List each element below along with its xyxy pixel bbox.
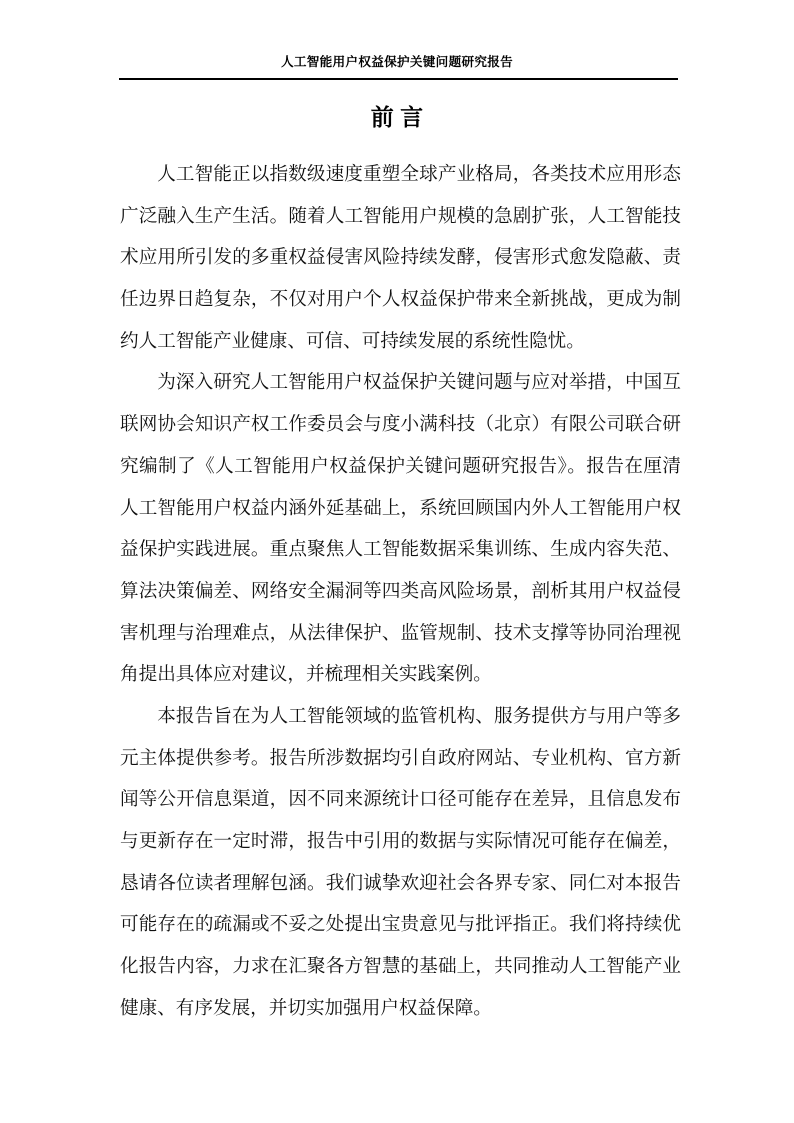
text-line: 究编制了《人工智能用户权益保护关键问题研究报告》。报告在厘清 [120, 446, 681, 488]
text-line: 算法决策偏差、网络安全漏洞等四类高风险场景，剖析其用户权益侵 [120, 571, 681, 613]
text-line: 约人工智能产业健康、可信、可持续发展的系统性隐忧。 [120, 321, 681, 363]
running-header: 人工智能用户权益保护关键问题研究报告 [0, 55, 794, 70]
header-rule [119, 78, 678, 80]
text-line: 益保护实践进展。重点聚焦人工智能数据采集训练、生成内容失范、 [120, 529, 681, 571]
text-line: 恳请各位读者理解包涵。我们诚挚欢迎社会各界专家、同仁对本报告 [120, 863, 681, 905]
text-line: 为深入研究人工智能用户权益保护关键问题与应对举措，中国互 [120, 362, 681, 404]
document-page: 人工智能用户权益保护关键问题研究报告 前 言 人工智能正以指数级速度重塑全球产业… [0, 0, 794, 1123]
text-line: 广泛融入生产生活。随着人工智能用户规模的急剧扩张，人工智能技 [120, 196, 681, 238]
text-line: 闻等公开信息渠道，因不同来源统计口径可能存在差异，且信息发布 [120, 779, 681, 821]
text-line: 人工智能正以指数级速度重塑全球产业格局，各类技术应用形态 [120, 154, 681, 196]
text-line: 联网协会知识产权工作委员会与度小满科技（北京）有限公司联合研 [120, 404, 681, 446]
paragraph-2: 为深入研究人工智能用户权益保护关键问题与应对举措，中国互 联网协会知识产权工作委… [120, 362, 681, 696]
text-line: 害机理与治理难点，从法律保护、监管规制、技术支撑等协同治理视 [120, 613, 681, 655]
text-line: 角提出具体应对建议，并梳理相关实践案例。 [120, 654, 681, 696]
text-line: 健康、有序发展，并切实加强用户权益保障。 [120, 988, 681, 1030]
text-line: 任边界日趋复杂，不仅对用户个人权益保护带来全新挑战，更成为制 [120, 279, 681, 321]
page-title: 前 言 [0, 101, 794, 133]
document-body: 人工智能正以指数级速度重塑全球产业格局，各类技术应用形态 广泛融入生产生活。随着… [120, 154, 681, 1029]
paragraph-1: 人工智能正以指数级速度重塑全球产业格局，各类技术应用形态 广泛融入生产生活。随着… [120, 154, 681, 362]
text-line: 与更新存在一定时滞，报告中引用的数据与实际情况可能存在偏差， [120, 821, 681, 863]
text-line: 元主体提供参考。报告所涉数据均引自政府网站、专业机构、官方新 [120, 738, 681, 780]
text-line: 术应用所引发的多重权益侵害风险持续发酵，侵害形式愈发隐蔽、责 [120, 237, 681, 279]
text-line: 人工智能用户权益内涵外延基础上，系统回顾国内外人工智能用户权 [120, 488, 681, 530]
text-line: 可能存在的疏漏或不妥之处提出宝贵意见与批评指正。我们将持续优 [120, 904, 681, 946]
text-line: 本报告旨在为人工智能领域的监管机构、服务提供方与用户等多 [120, 696, 681, 738]
paragraph-3: 本报告旨在为人工智能领域的监管机构、服务提供方与用户等多 元主体提供参考。报告所… [120, 696, 681, 1030]
text-line: 化报告内容，力求在汇聚各方智慧的基础上，共同推动人工智能产业 [120, 946, 681, 988]
